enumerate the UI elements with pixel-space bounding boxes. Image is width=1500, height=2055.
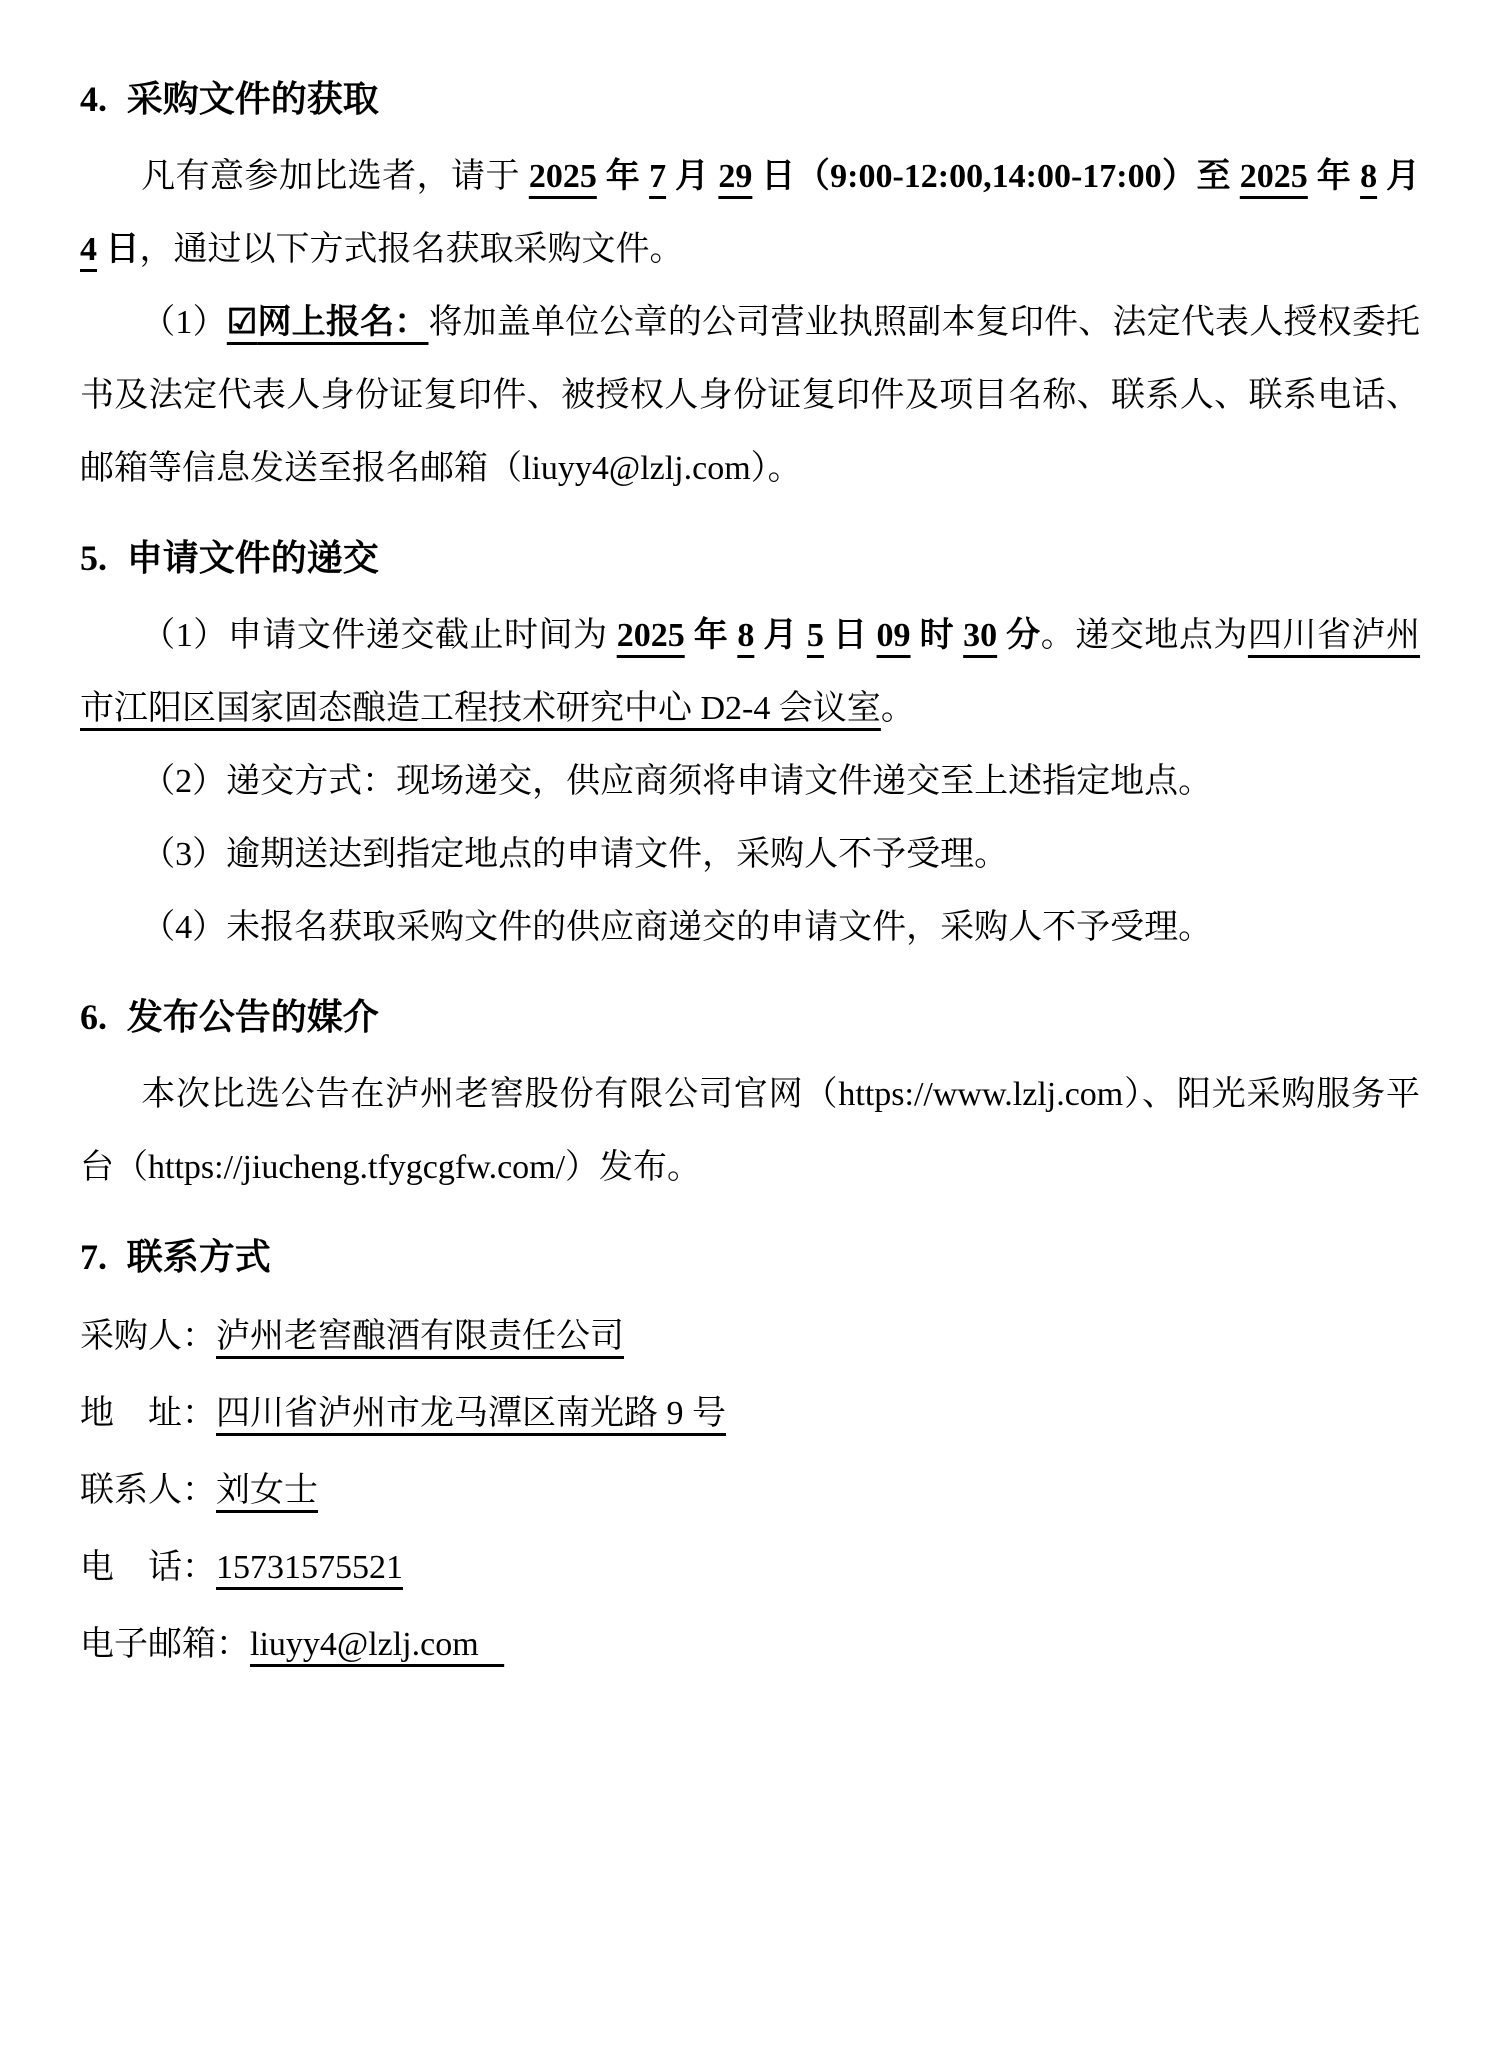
text-run: 分 (997, 617, 1041, 654)
contact-address-row: 地 址：四川省泸州市龙马潭区南光路 9 号 (80, 1375, 1420, 1452)
text-run: （4）未报名获取采购文件的供应商递交的申请文件，采购人不予受理。 (141, 909, 1212, 946)
text-run: 联系人： (80, 1472, 216, 1509)
contact-person-row: 联系人：刘女士 (80, 1452, 1420, 1529)
text-run: 7 (649, 158, 666, 195)
text-run: 4. (80, 79, 107, 119)
contact-email-row: 电子邮箱：liuyy4@lzlj.com (80, 1606, 1420, 1683)
text-run: 29 (718, 158, 752, 195)
text-run: 5 (807, 617, 824, 654)
section-6-heading: 6.发布公告的媒介 (80, 980, 1420, 1054)
text-run: 2025 (617, 617, 685, 654)
section-4-heading: 4.采购文件的获取 (80, 62, 1420, 136)
section-5-item-3-late-delivery: （3）逾期送达到指定地点的申请文件，采购人不予受理。 (80, 818, 1420, 891)
text-run: 四川省泸州市龙马潭区南光路 9 号 (216, 1395, 726, 1432)
text-run: 30 (963, 617, 997, 654)
text-run: 月 (1377, 158, 1420, 195)
text-run: （3）逾期送达到指定地点的申请文件，采购人不予受理。 (141, 836, 1008, 873)
section-4-paragraph-registration-period: 凡有意参加比选者，请于 2025 年 7 月 29 日（9:00-12:00,1… (80, 140, 1420, 286)
text-run: 8 (737, 617, 754, 654)
text-run: 日 (97, 231, 140, 268)
text-run: 15731575521 (216, 1549, 403, 1586)
text-run: 月 (666, 158, 718, 195)
section-5-heading: 5.申请文件的递交 (80, 521, 1420, 595)
section-5-item-1-deadline: （1）申请文件递交截止时间为 2025 年 8 月 5 日 09 时 30 分。… (80, 599, 1420, 745)
text-run: 日 (824, 617, 877, 654)
text-run: 电 话： (80, 1549, 216, 1586)
text-run: 本次比选公告在泸州老窖股份有限公司官网（https://www.lzlj.com… (80, 1076, 1420, 1186)
text-run: 日（9:00-12:00,14:00-17:00）至 (752, 158, 1239, 195)
text-run: 年 (597, 158, 649, 195)
section-5-item-4-unregistered: （4）未报名获取采购文件的供应商递交的申请文件，采购人不予受理。 (80, 891, 1420, 964)
text-run: 采购文件的获取 (127, 79, 379, 119)
text-run: 。递交地点为 (1041, 617, 1248, 654)
text-run: 时 (911, 617, 964, 654)
text-run: （1）申请文件递交截止时间为 (141, 617, 617, 654)
text-run: 09 (877, 617, 911, 654)
text-run: 5. (80, 538, 107, 578)
text-run: （2）递交方式：现场递交，供应商须将申请文件递交至上述指定地点。 (141, 763, 1212, 800)
section-4-item-1-online-registration: （1）☑网上报名：将加盖单位公章的公司营业执照副本复印件、法定代表人授权委托书及… (80, 286, 1420, 505)
text-run: 。 (881, 690, 915, 727)
text-run: ，通过以下方式报名获取采购文件。 (140, 231, 684, 268)
text-run: 2025 (1240, 158, 1308, 195)
document-page: 4.采购文件的获取凡有意参加比选者，请于 2025 年 7 月 29 日（9:0… (0, 0, 1500, 2055)
text-run: liuyy4@lzlj.com (250, 1626, 504, 1663)
text-run: 采购人： (80, 1318, 216, 1355)
contact-phone-row: 电 话：15731575521 (80, 1529, 1420, 1606)
text-run: 月 (754, 617, 807, 654)
text-run: 联系方式 (127, 1237, 271, 1277)
text-run: 刘女士 (216, 1472, 318, 1509)
text-run: 4 (80, 231, 97, 268)
text-run: 网上报名： (257, 304, 428, 341)
text-run: 发布公告的媒介 (127, 997, 379, 1037)
text-run: 年 (685, 617, 738, 654)
text-run: 电子邮箱： (80, 1626, 250, 1663)
text-run: 地 址： (80, 1395, 216, 1432)
text-run: （1） (141, 304, 227, 341)
text-run: 泸州老窖酿酒有限责任公司 (216, 1318, 624, 1355)
section-5-item-2-delivery-method: （2）递交方式：现场递交，供应商须将申请文件递交至上述指定地点。 (80, 745, 1420, 818)
section-6-paragraph-media: 本次比选公告在泸州老窖股份有限公司官网（https://www.lzlj.com… (80, 1058, 1420, 1204)
checkbox-checked-icon: ☑ (227, 304, 257, 341)
text-run: 2025 (529, 158, 597, 195)
document-body: 4.采购文件的获取凡有意参加比选者，请于 2025 年 7 月 29 日（9:0… (80, 62, 1420, 1683)
text-run: 申请文件的递交 (127, 538, 379, 578)
section-7-heading: 7.联系方式 (80, 1220, 1420, 1294)
text-run: 6. (80, 997, 107, 1037)
text-run: 凡有意参加比选者，请于 (141, 158, 529, 195)
text-run: 7. (80, 1237, 107, 1277)
text-run: 年 (1308, 158, 1360, 195)
contact-purchaser-row: 采购人：泸州老窖酿酒有限责任公司 (80, 1298, 1420, 1375)
text-run: 8 (1360, 158, 1377, 195)
